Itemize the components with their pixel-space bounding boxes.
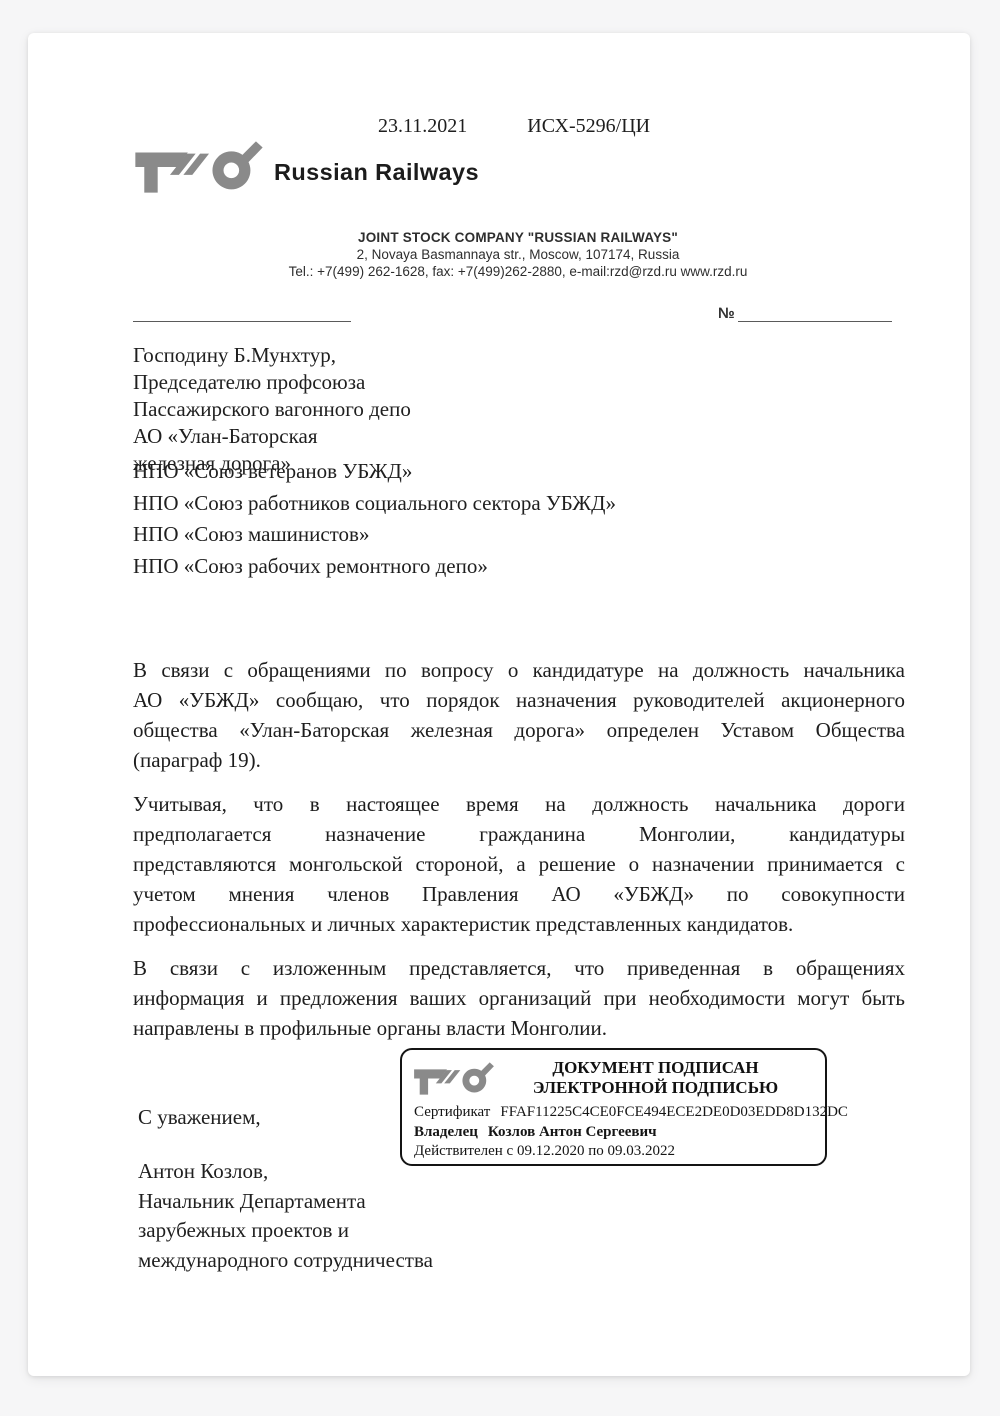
owner-label: Владелец bbox=[414, 1124, 478, 1140]
letter-body: В связи с обращениями по вопросу о канди… bbox=[133, 655, 905, 1057]
letter-date: 23.11.2021 bbox=[378, 115, 467, 137]
owner-row: ВладелецКозлов Антон Сергеевич bbox=[414, 1123, 815, 1143]
company-contacts: Tel.: +7(499) 262-1628, fax: +7(499)262-… bbox=[132, 263, 904, 280]
stamp-header: ДОКУМЕНТ ПОДПИСАН ЭЛЕКТРОННОЙ ПОДПИСЬЮ bbox=[412, 1058, 815, 1098]
body-line: профессиональных и личных характеристик … bbox=[133, 909, 905, 939]
date-blank-line bbox=[133, 321, 351, 322]
company-info: JOINT STOCK COMPANY "RUSSIAN RAILWAYS" 2… bbox=[132, 229, 904, 280]
owner-value: Козлов Антон Сергеевич bbox=[488, 1124, 657, 1140]
certificate-info: СертификатFFAF11225C4CE0FCE494ECE2DE0D03… bbox=[412, 1103, 815, 1162]
stamp-title-line: ЭЛЕКТРОННОЙ ПОДПИСЬЮ bbox=[496, 1078, 815, 1098]
signature-block: Антон Козлов, Начальник Департамента зар… bbox=[138, 1157, 433, 1275]
body-line: В связи с изложенным представляется, что… bbox=[133, 953, 905, 983]
stamp-title: ДОКУМЕНТ ПОДПИСАН ЭЛЕКТРОННОЙ ПОДПИСЬЮ bbox=[496, 1058, 815, 1098]
letter-reference: ИСХ-5296/ЦИ bbox=[527, 115, 650, 137]
body-line: (параграф 19). bbox=[133, 745, 905, 775]
organization-item: НПО «Союз рабочих ремонтного депо» bbox=[133, 551, 616, 583]
body-line: предполагается назначение гражданина Мон… bbox=[133, 819, 905, 849]
company-address: 2, Novaya Basmannaya str., Moscow, 10717… bbox=[132, 246, 904, 263]
organizations-list: НПО «Союз ветеранов УБЖД» НПО «Союз рабо… bbox=[133, 456, 616, 582]
paragraph: В связи с обращениями по вопросу о канди… bbox=[133, 655, 905, 775]
body-line: информация и предложения ваших организац… bbox=[133, 983, 905, 1013]
signature-line: Начальник Департамента bbox=[138, 1187, 433, 1217]
company-name: JOINT STOCK COMPANY "RUSSIAN RAILWAYS" bbox=[132, 229, 904, 246]
body-line: общества «Улан-Баторская железная дорога… bbox=[133, 715, 905, 745]
number-blank-line bbox=[738, 321, 892, 322]
signature-stamp: ДОКУМЕНТ ПОДПИСАН ЭЛЕКТРОННОЙ ПОДПИСЬЮ С… bbox=[400, 1048, 827, 1166]
body-line: АО «УБЖД» сообщаю, что порядок назначени… bbox=[133, 685, 905, 715]
addressee-line: АО «Улан-Баторская bbox=[133, 423, 411, 450]
addressee-line: Председателю профсоюза bbox=[133, 369, 411, 396]
body-line: учетом мнения членов Правления АО «УБЖД»… bbox=[133, 879, 905, 909]
organization-item: НПО «Союз машинистов» bbox=[133, 519, 616, 551]
letter-date-row: 23.11.2021 ИСХ-5296/ЦИ bbox=[378, 115, 650, 138]
rzd-logo-icon bbox=[132, 139, 266, 195]
organization-item: НПО «Союз ветеранов УБЖД» bbox=[133, 456, 616, 488]
signature-line: международного сотрудничества bbox=[138, 1246, 433, 1276]
certificate-label: Сертификат bbox=[414, 1104, 490, 1120]
stamp-title-line: ДОКУМЕНТ ПОДПИСАН bbox=[496, 1058, 815, 1078]
body-line: В связи с обращениями по вопросу о канди… bbox=[133, 655, 905, 685]
letter-document: 23.11.2021 ИСХ-5296/ЦИ Russian Railways … bbox=[28, 33, 970, 1376]
brand-name: Russian Railways bbox=[274, 159, 479, 186]
number-label: № bbox=[718, 305, 735, 322]
certificate-row: СертификатFFAF11225C4CE0FCE494ECE2DE0D03… bbox=[414, 1103, 815, 1123]
body-line: направлены в профильные органы власти Мо… bbox=[133, 1013, 905, 1043]
closing: С уважением, bbox=[138, 1105, 261, 1130]
validity-row: Действителен с 09.12.2020 по 09.03.2022 bbox=[414, 1142, 815, 1162]
addressee-line: Господину Б.Мунхтур, bbox=[133, 342, 411, 369]
paragraph: Учитывая, что в настоящее время на должн… bbox=[133, 789, 905, 939]
paragraph: В связи с изложенным представляется, что… bbox=[133, 953, 905, 1043]
signature-line: Антон Козлов, bbox=[138, 1157, 433, 1187]
certificate-value: FFAF11225C4CE0FCE494ECE2DE0D03EDD8D132DC bbox=[500, 1104, 848, 1120]
addressee-line: Пассажирского вагонного депо bbox=[133, 396, 411, 423]
signature-line: зарубежных проектов и bbox=[138, 1216, 433, 1246]
organization-item: НПО «Союз работников социального сектора… bbox=[133, 488, 616, 520]
rzd-logo-icon bbox=[412, 1061, 496, 1096]
body-line: представляются монгольской стороной, а р… bbox=[133, 849, 905, 879]
body-line: Учитывая, что в настоящее время на должн… bbox=[133, 789, 905, 819]
